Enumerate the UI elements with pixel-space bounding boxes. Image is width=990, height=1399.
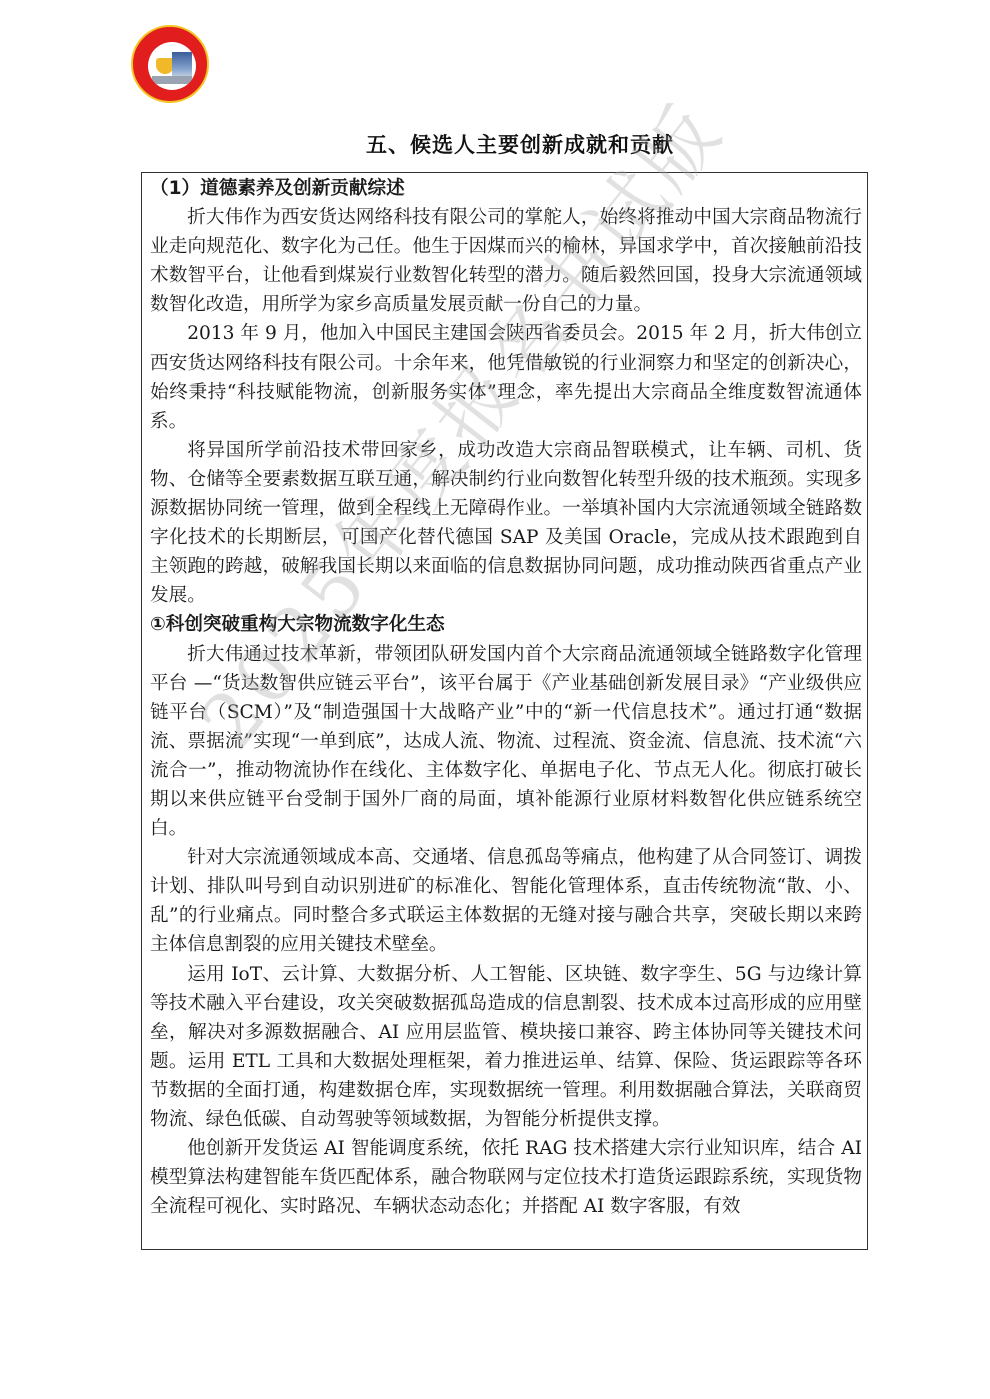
seal-base xyxy=(152,76,192,84)
paragraph: 运用 IoT、云计算、大数据分析、人工智能、区块链、数字孪生、5G 与边缘计算等… xyxy=(150,960,862,1135)
content-cell: （1）道德素养及创新贡献综述 折大伟作为西安货达网络科技有限公司的掌舵人，始终将… xyxy=(150,174,862,1221)
paragraph: 他创新开发货运 AI 智能调度系统，依托 RAG 技术搭建大宗行业知识库，结合 … xyxy=(150,1134,862,1221)
section-heading-innovation: ①科创突破重构大宗物流数字化生态 xyxy=(150,610,862,639)
paragraph: 2013 年 9 月，他加入中国民主建国会陕西省委员会。2015 年 2 月，折… xyxy=(150,319,862,435)
paragraph: 将异国所学前沿技术带回家乡，成功改造大宗商品智联模式，让车辆、司机、货物、仓储等… xyxy=(150,436,862,611)
section-heading-overview: （1）道德素养及创新贡献综述 xyxy=(150,174,862,203)
paragraph: 针对大宗流通领域成本高、交通堵、信息孤岛等痛点，他构建了从合同签订、调拨计划、排… xyxy=(150,843,862,959)
paragraph: 折大伟通过技术革新，带领团队研发国内首个大宗商品流通领域全链路数字化管理平台 —… xyxy=(150,640,862,844)
organization-seal-logo xyxy=(131,25,209,103)
seal-emblem xyxy=(148,42,196,90)
paragraph: 折大伟作为西安货达网络科技有限公司的掌舵人，始终将推动中国大宗商品物流行业走向规… xyxy=(150,203,862,319)
building-icon xyxy=(172,52,192,78)
section-title: 五、候选人主要创新成就和贡献 xyxy=(0,129,990,159)
